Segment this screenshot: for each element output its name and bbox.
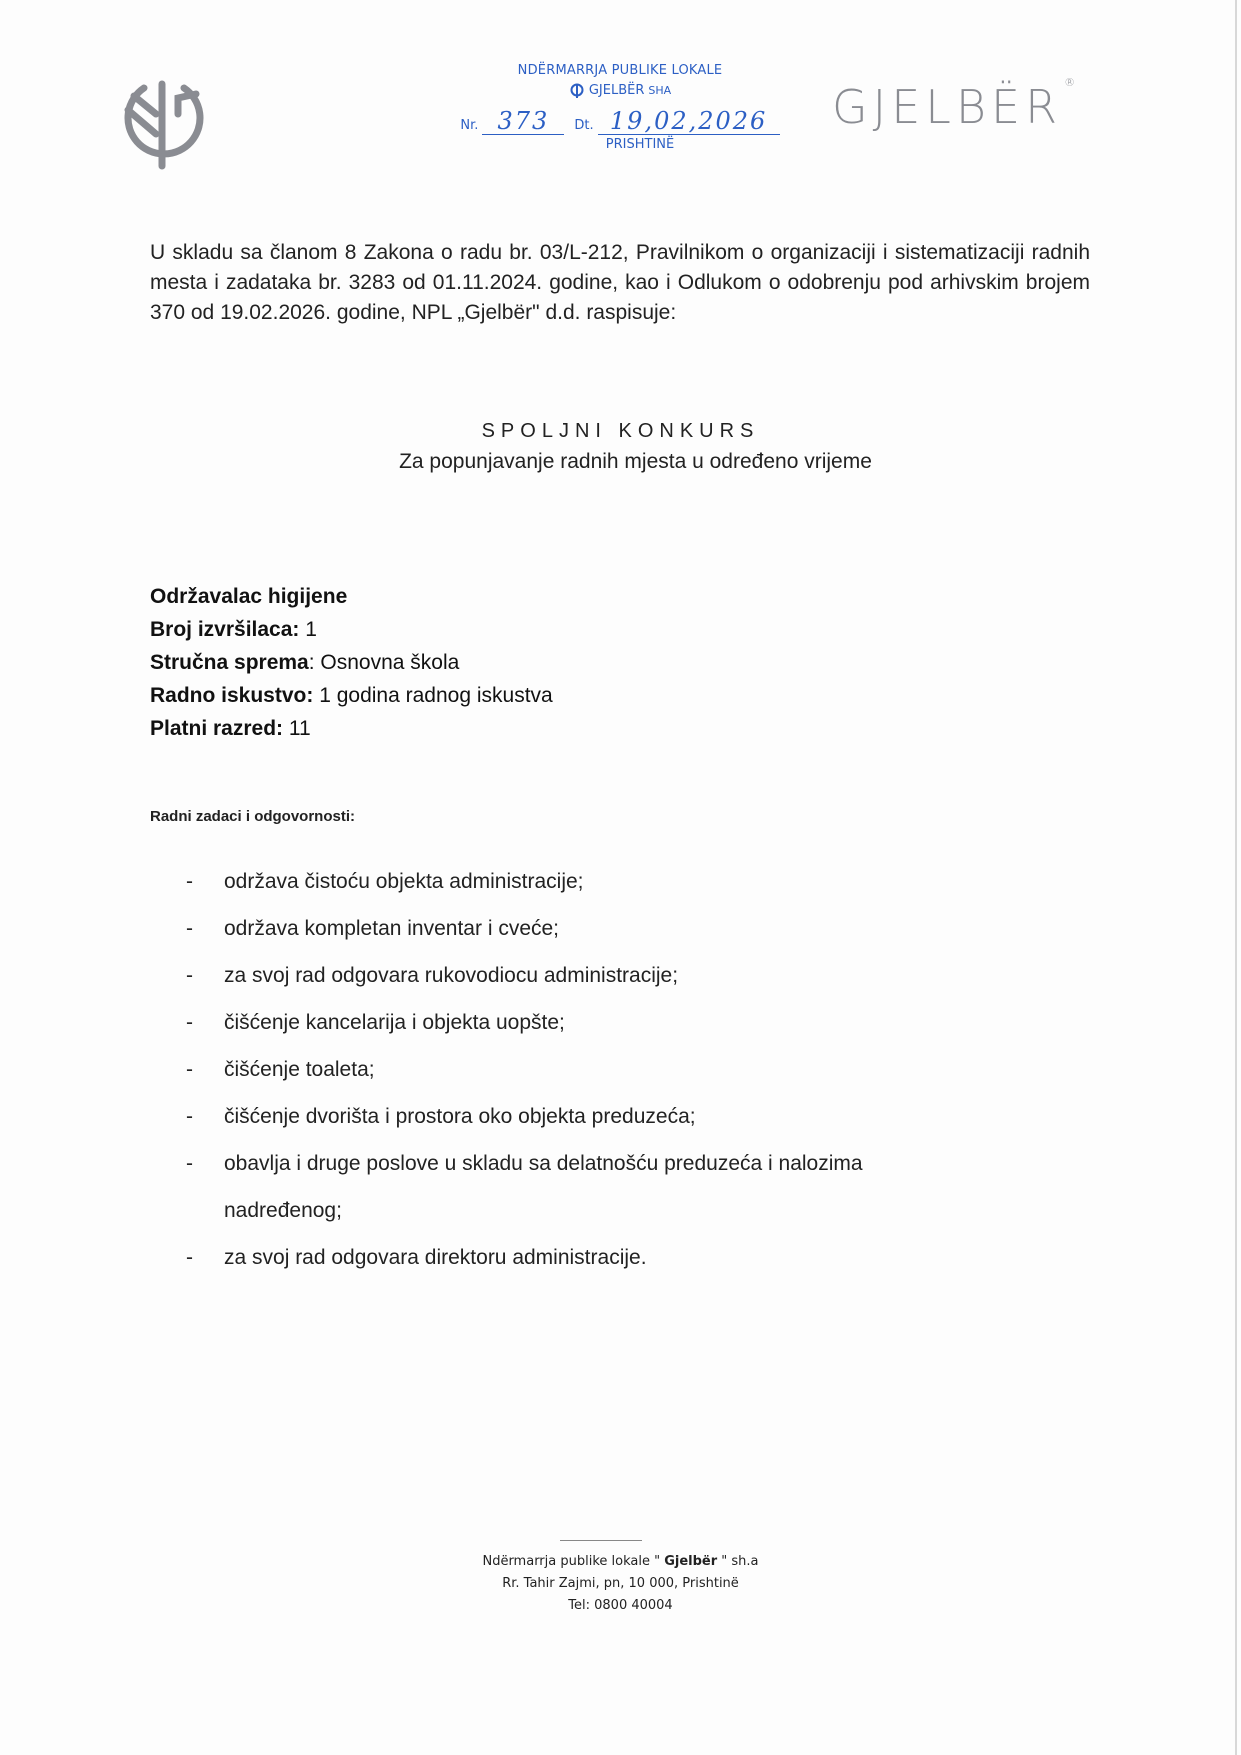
stamp-company-suffix: SHA: [648, 80, 671, 102]
stamp-city: PRISHTINË: [480, 137, 800, 152]
dash-bullet: -: [186, 999, 193, 1046]
job-field: Platni razred: 11: [150, 712, 553, 745]
list-item-text: čišćenje kancelarija i objekta uopšte;: [224, 1011, 565, 1034]
footer-divider: [560, 1540, 642, 1541]
page-footer: Ndërmarrja publike lokale " Gjelbër " sh…: [0, 1540, 1241, 1617]
scan-edge: [1235, 0, 1237, 1755]
registered-mark: ®: [1064, 76, 1075, 89]
footer-address: Rr. Tahir Zajmi, pn, 10 000, Prishtinë: [0, 1573, 1241, 1595]
dash-bullet: -: [186, 952, 193, 999]
stamp-company: GJELBËR: [589, 80, 645, 102]
list-item-text: obavlja i druge poslove u skladu sa dela…: [224, 1152, 863, 1222]
list-item: -za svoj rad odgovara rukovodiocu admini…: [186, 952, 966, 999]
list-item: -čišćenje toaleta;: [186, 1046, 966, 1093]
list-item-text: za svoj rad odgovara direktoru administr…: [224, 1246, 647, 1269]
job-field: Broj izvršilaca: 1: [150, 613, 553, 646]
job-field-label: Stručna sprema: [150, 651, 309, 674]
dash-bullet: -: [186, 1046, 193, 1093]
list-item: -obavlja i druge poslove u skladu sa del…: [186, 1140, 966, 1234]
job-position-title: Održavalac higijene: [150, 585, 347, 608]
job-field-value: 1 godina radnog iskustva: [319, 684, 553, 707]
list-item-text: čišćenje toaleta;: [224, 1058, 375, 1081]
list-item: -održava čistoću objekta administracije;: [186, 858, 966, 905]
stamp-date-label: Dt.: [574, 118, 593, 133]
stamp-org-line: NDËRMARRJA PUBLIKE LOKALE: [440, 62, 800, 80]
list-item-text: čišćenje dvorišta i prostora oko objekta…: [224, 1105, 696, 1128]
intro-text: U skladu sa članom 8 Zakona o radu br. 0…: [150, 238, 1090, 328]
job-details: Održavalac higijene Broj izvršilaca: 1 S…: [150, 580, 553, 745]
footer-phone: Tel: 0800 40004: [0, 1595, 1241, 1617]
responsibilities-list: -održava čistoću objekta administracije;…: [186, 858, 966, 1281]
dash-bullet: -: [186, 905, 193, 952]
list-item-text: za svoj rad odgovara rukovodiocu adminis…: [224, 964, 678, 987]
list-item: -čišćenje dvorišta i prostora oko objekt…: [186, 1093, 966, 1140]
job-position: Održavalac higijene: [150, 580, 553, 613]
job-field-label: Radno iskustvo: [150, 684, 306, 707]
wordmark-text: GJELBËR: [832, 80, 1062, 134]
dash-bullet: -: [186, 858, 193, 905]
registry-stamp: NDËRMARRJA PUBLIKE LOKALE GJELBËR SHA Nr…: [440, 62, 800, 152]
list-item: -čišćenje kancelarija i objekta uopšte;: [186, 999, 966, 1046]
document-title: SPOLJNI KONKURS: [0, 420, 1241, 443]
dash-bullet: -: [186, 1093, 193, 1140]
footer-company-name: Gjelbër: [664, 1554, 717, 1569]
stamp-leaf-icon: [569, 83, 585, 99]
dash-bullet: -: [186, 1140, 193, 1187]
job-field: Stručna sprema: Osnovna škola: [150, 646, 553, 679]
list-item-text: održava kompletan inventar i cveće;: [224, 917, 559, 940]
intro-paragraph: U skladu sa članom 8 Zakona o radu br. 0…: [150, 238, 1090, 328]
gjelber-leaf-logo-icon: [108, 74, 216, 170]
job-field-value: 11: [289, 717, 311, 740]
job-field-value: Osnovna škola: [320, 651, 459, 674]
document-page: NDËRMARRJA PUBLIKE LOKALE GJELBËR SHA Nr…: [0, 0, 1241, 1755]
responsibilities-heading: Radni zadaci i odgovornosti:: [150, 808, 355, 825]
list-item-text: održava čistoću objekta administracije;: [224, 870, 584, 893]
list-item: -za svoj rad odgovara direktoru administ…: [186, 1234, 966, 1281]
job-field-label: Broj izvršilaca: [150, 618, 292, 641]
stamp-company-line: GJELBËR SHA: [440, 80, 800, 102]
dash-bullet: -: [186, 1234, 193, 1281]
gjelber-wordmark: GJELBËR®: [832, 80, 1075, 134]
stamp-nr-value: 373: [482, 108, 564, 135]
footer-company-line: Ndërmarrja publike lokale " Gjelbër " sh…: [0, 1551, 1241, 1573]
stamp-number-row: Nr. 373 Dt. 19,02,2026: [440, 108, 800, 135]
footer-company-pre: Ndërmarrja publike lokale ": [482, 1554, 664, 1569]
job-field-value: 1: [305, 618, 317, 641]
list-item: -održava kompletan inventar i cveće;: [186, 905, 966, 952]
document-subtitle: Za popunjavanje radnih mjesta u određeno…: [0, 450, 1241, 474]
stamp-date-value: 19,02,2026: [598, 108, 780, 135]
footer-company-post: " sh.a: [717, 1554, 758, 1569]
stamp-nr-label: Nr.: [460, 118, 478, 133]
job-field-label: Platni razred: [150, 717, 276, 740]
job-field: Radno iskustvo: 1 godina radnog iskustva: [150, 679, 553, 712]
